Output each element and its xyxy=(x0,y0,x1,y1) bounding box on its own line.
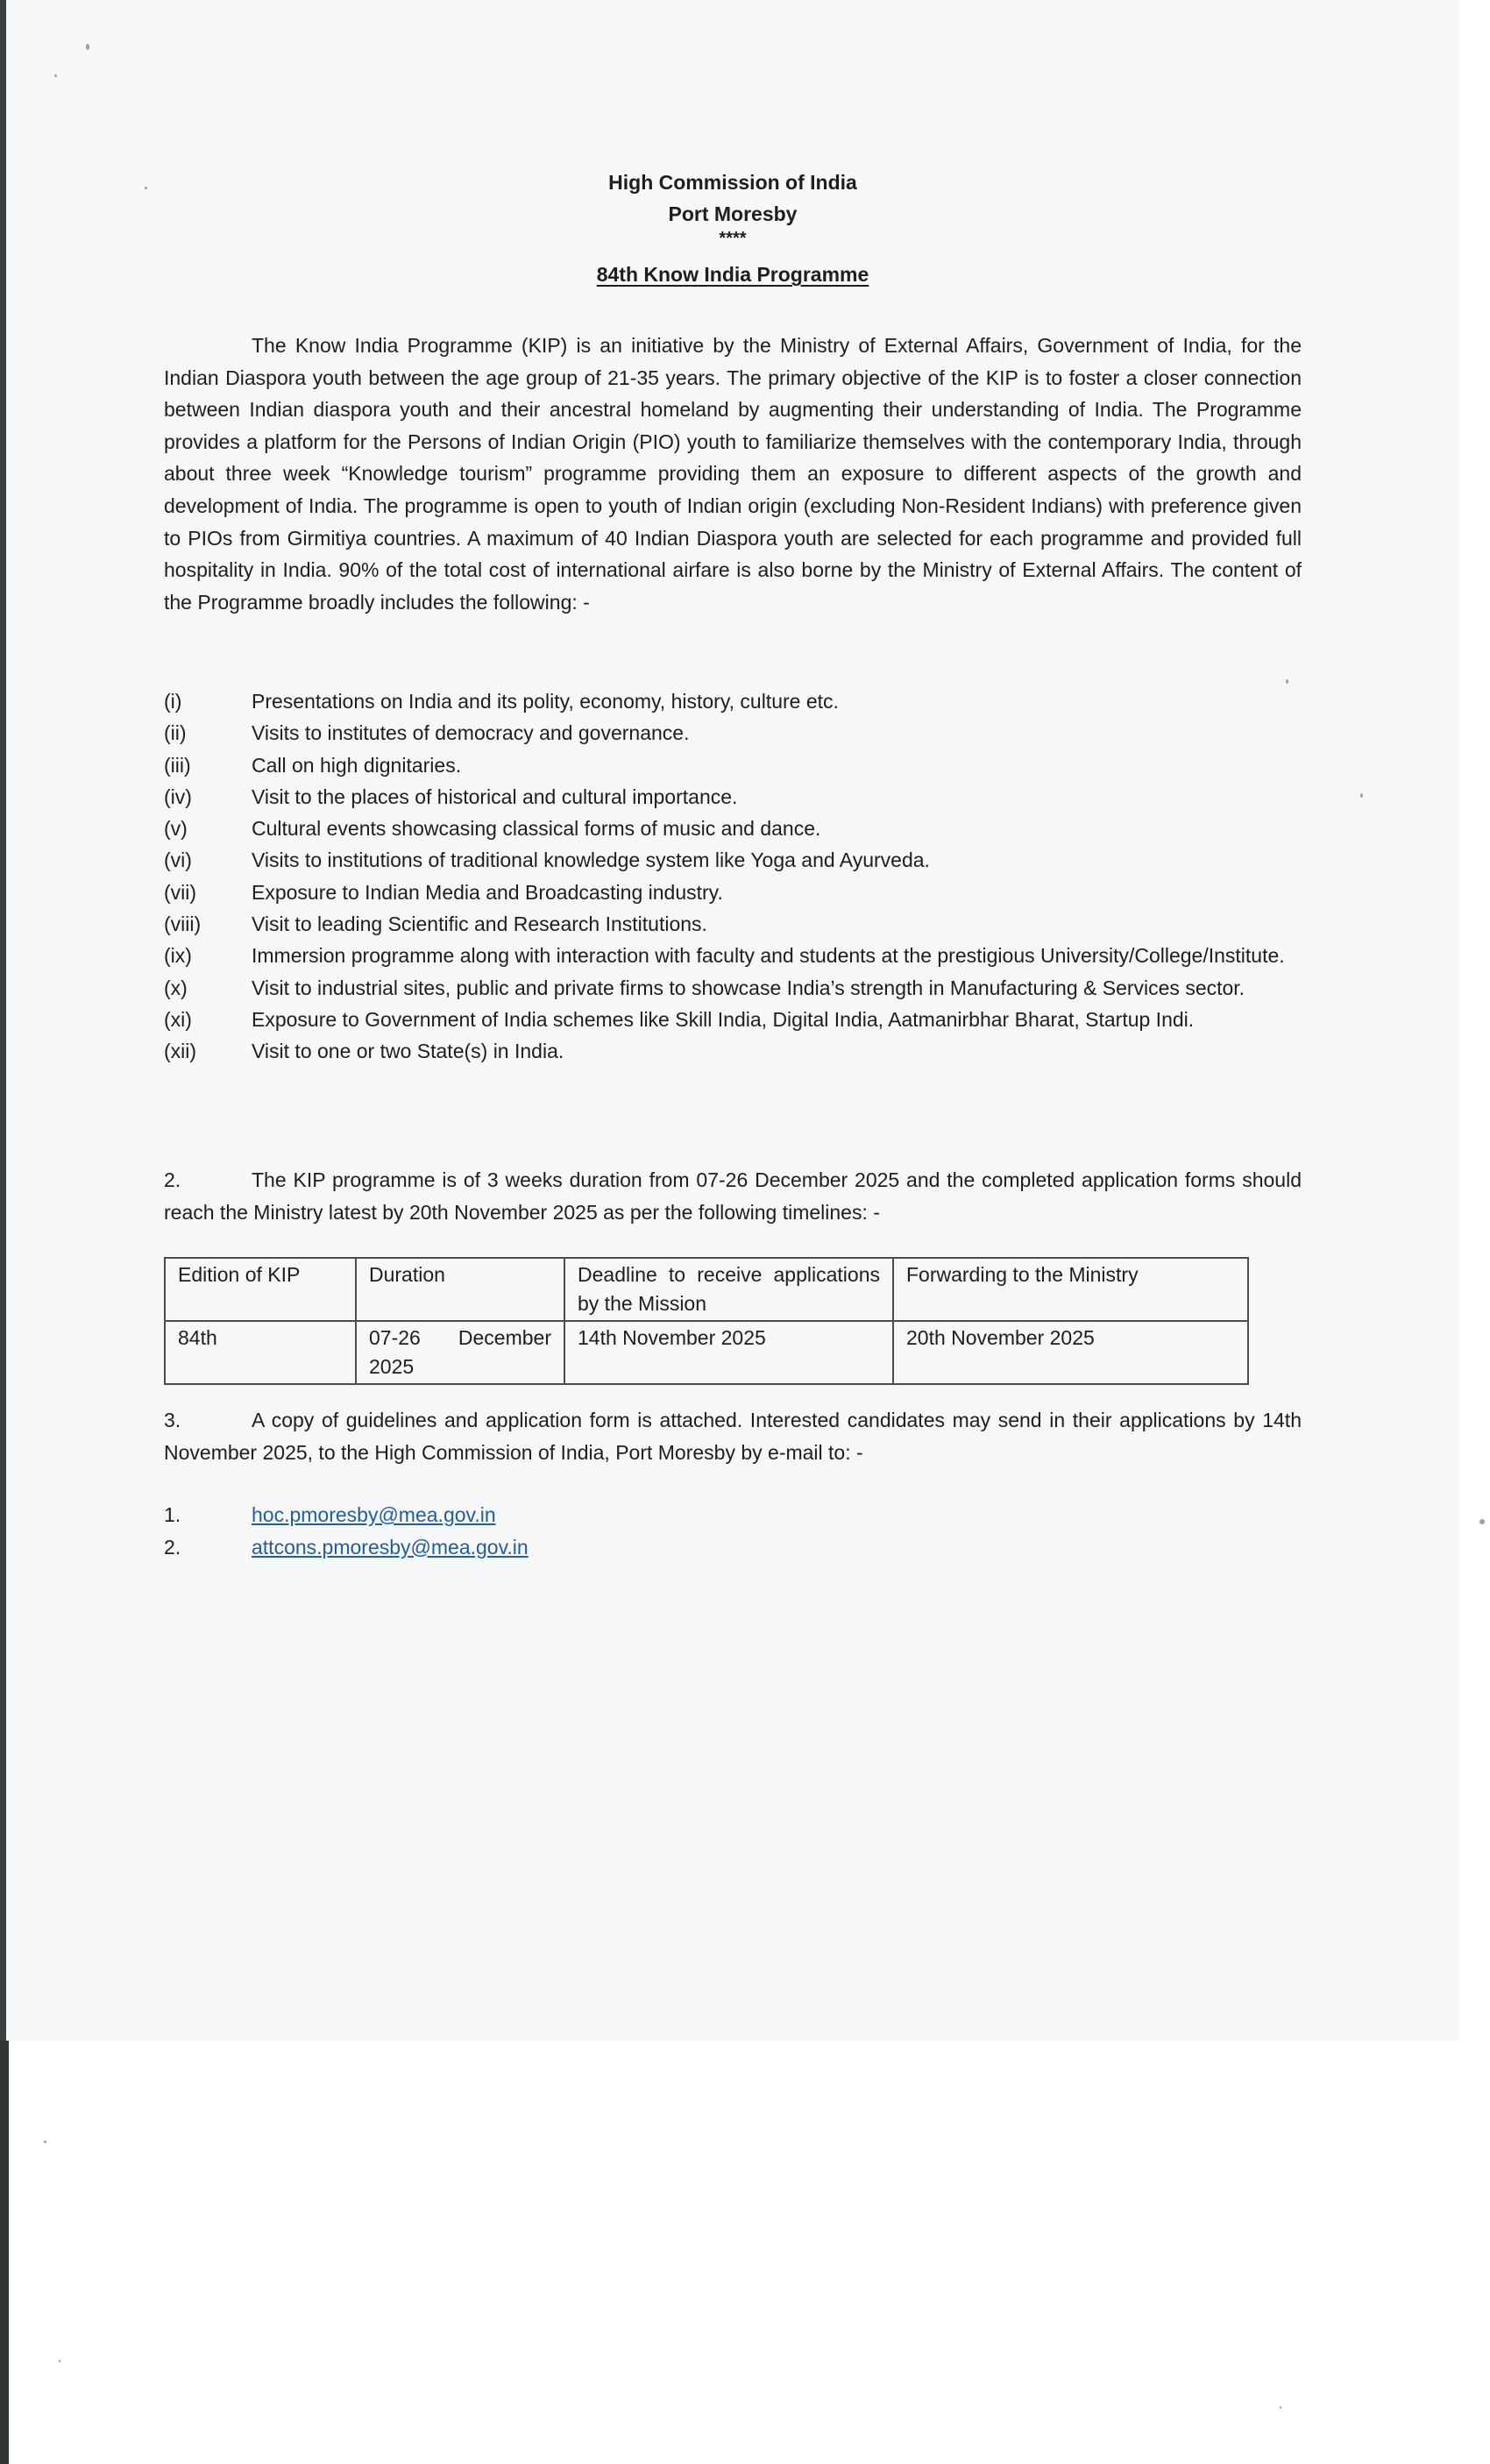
scan-speck xyxy=(86,44,89,50)
email-item: 2.attcons.pmoresby@mea.gov.in xyxy=(164,1531,1302,1564)
organization-name: High Commission of India xyxy=(164,167,1302,198)
section-2-paragraph: 2.The KIP programme is of 3 weeks durati… xyxy=(164,1164,1302,1228)
table-cell: 84th xyxy=(165,1321,356,1384)
list-item: (iv)Visit to the places of historical an… xyxy=(164,781,1302,813)
scan-speck xyxy=(145,187,147,189)
table-header-cell: Duration xyxy=(356,1258,564,1321)
list-item: (v)Cultural events showcasing classical … xyxy=(164,813,1302,844)
scan-speck xyxy=(1479,1519,1485,1524)
section-3-paragraph: 3.A copy of guidelines and application f… xyxy=(164,1404,1302,1468)
table-header-cell: Edition of KIP xyxy=(165,1258,356,1321)
scan-speck xyxy=(44,2141,46,2143)
table-header-row: Edition of KIP Duration Deadline to rece… xyxy=(165,1258,1248,1321)
location: Port Moresby xyxy=(164,198,1302,230)
table-cell: 14th November 2025 xyxy=(564,1321,893,1384)
programme-contents-list: (i)Presentations on India and its polity… xyxy=(164,685,1302,1068)
scan-edge-strip xyxy=(0,0,6,2041)
list-item: (vii)Exposure to Indian Media and Broadc… xyxy=(164,877,1302,908)
list-item: (i)Presentations on India and its polity… xyxy=(164,685,1302,717)
intro-paragraph: The Know India Programme (KIP) is an ini… xyxy=(164,330,1302,618)
scan-speck xyxy=(1360,793,1363,798)
table-header-cell: Deadline to receive applications by the … xyxy=(564,1258,893,1321)
scan-speck xyxy=(1280,2406,1281,2409)
email-item: 1.hoc.pmoresby@mea.gov.in xyxy=(164,1499,1302,1531)
scan-speck xyxy=(1286,679,1288,684)
timeline-table: Edition of KIP Duration Deadline to rece… xyxy=(164,1257,1249,1385)
list-item: (xii)Visit to one or two State(s) in Ind… xyxy=(164,1035,1302,1067)
email-list: 1.hoc.pmoresby@mea.gov.in 2.attcons.pmor… xyxy=(164,1499,1302,1563)
table-cell: 20th November 2025 xyxy=(893,1321,1248,1384)
list-item: (x)Visit to industrial sites, public and… xyxy=(164,972,1302,1004)
list-item: (ix)Immersion programme along with inter… xyxy=(164,940,1302,971)
email-link-hoc[interactable]: hoc.pmoresby@mea.gov.in xyxy=(252,1503,496,1526)
scan-speck xyxy=(54,75,57,77)
table-header-cell: Forwarding to the Ministry xyxy=(893,1258,1248,1321)
scan-speck xyxy=(59,2360,60,2362)
email-link-attcons[interactable]: attcons.pmoresby@mea.gov.in xyxy=(252,1536,529,1559)
scan-edge-strip xyxy=(0,2041,9,2464)
list-item: (xi)Exposure to Government of India sche… xyxy=(164,1004,1302,1035)
list-item: (viii)Visit to leading Scientific and Re… xyxy=(164,908,1302,940)
table-row: 84th 07-26 December 2025 14th November 2… xyxy=(165,1321,1248,1384)
separator: **** xyxy=(164,228,1302,249)
table-cell: 07-26 December 2025 xyxy=(356,1321,564,1384)
list-item: (vi)Visits to institutions of traditiona… xyxy=(164,844,1302,876)
list-item: (iii)Call on high dignitaries. xyxy=(164,749,1302,781)
document-title: 84th Know India Programme xyxy=(164,259,1302,290)
list-item: (ii)Visits to institutes of democracy an… xyxy=(164,717,1302,749)
